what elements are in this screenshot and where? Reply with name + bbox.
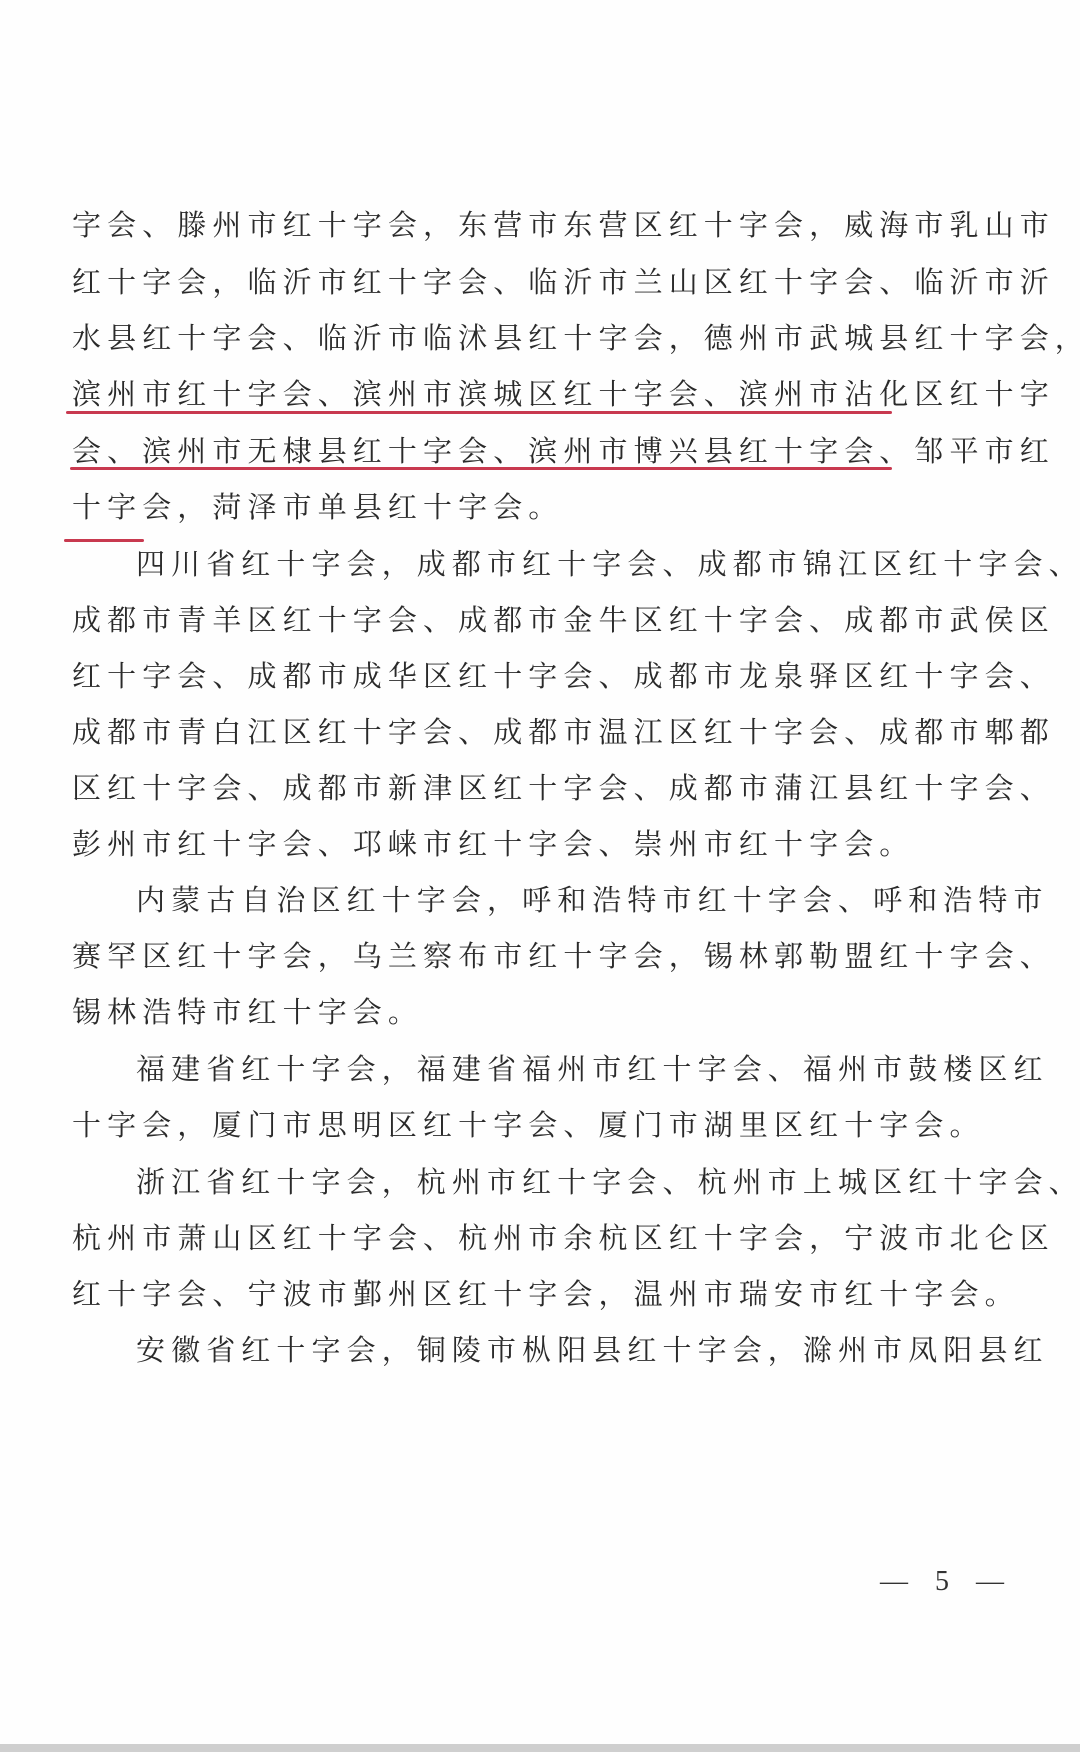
text-line: 锡林浩特市红十字会。 — [72, 992, 1002, 1032]
page-bottom-edge — [0, 1744, 1080, 1752]
text-line-highlighted: 会、滨州市无棣县红十字会、滨州市博兴县红十字会、邹平市红 — [72, 431, 1002, 471]
text-line: 红十字会，临沂市红十字会、临沂市兰山区红十字会、临沂市沂 — [72, 262, 1002, 302]
text-line: 彭州市红十字会、邛崃市红十字会、崇州市红十字会。 — [72, 824, 1002, 864]
paragraph-start-sichuan: 四川省红十字会，成都市红十字会、成都市锦江区红十字会、 — [136, 544, 1002, 584]
text-line: 成都市青羊区红十字会、成都市金牛区红十字会、成都市武侯区 — [72, 600, 1002, 640]
text-line: 红十字会、宁波市鄞州区红十字会，温州市瑞安市红十字会。 — [72, 1274, 1002, 1314]
red-underline-annotation — [70, 467, 892, 470]
text-line: 字会、滕州市红十字会，东营市东营区红十字会，威海市乳山市 — [72, 205, 1002, 245]
text-line-highlighted: 滨州市红十字会、滨州市滨城区红十字会、滨州市沾化区红十字 — [72, 374, 1002, 414]
document-page: 字会、滕州市红十字会，东营市东营区红十字会，威海市乳山市 红十字会，临沂市红十字… — [0, 0, 1080, 1744]
text-line-highlighted: 十字会，菏泽市单县红十字会。 — [72, 487, 1002, 527]
text-line: 红十字会、成都市成华区红十字会、成都市龙泉驿区红十字会、 — [72, 656, 1002, 696]
red-underline-annotation — [64, 539, 144, 542]
paragraph-start-zhejiang: 浙江省红十字会，杭州市红十字会、杭州市上城区红十字会、 — [136, 1162, 1002, 1202]
paragraph-start-fujian: 福建省红十字会，福建省福州市红十字会、福州市鼓楼区红 — [136, 1049, 1002, 1089]
page-number: — 5 — — [880, 1566, 1014, 1598]
text-line: 成都市青白江区红十字会、成都市温江区红十字会、成都市郫都 — [72, 712, 1002, 752]
paragraph-start-inner-mongolia: 内蒙古自治区红十字会，呼和浩特市红十字会、呼和浩特市 — [136, 880, 1002, 920]
paragraph-start-anhui: 安徽省红十字会，铜陵市枞阳县红十字会，滁州市凤阳县红 — [136, 1330, 1002, 1370]
text-line: 杭州市萧山区红十字会、杭州市余杭区红十字会，宁波市北仑区 — [72, 1218, 1002, 1258]
text-line: 区红十字会、成都市新津区红十字会、成都市蒲江县红十字会、 — [72, 768, 1002, 808]
text-line: 十字会，厦门市思明区红十字会、厦门市湖里区红十字会。 — [72, 1105, 1002, 1145]
text-line: 水县红十字会、临沂市临沭县红十字会，德州市武城县红十字会， — [72, 318, 1002, 358]
text-line: 赛罕区红十字会，乌兰察布市红十字会，锡林郭勒盟红十字会、 — [72, 936, 1002, 976]
red-underline-annotation — [66, 411, 892, 414]
